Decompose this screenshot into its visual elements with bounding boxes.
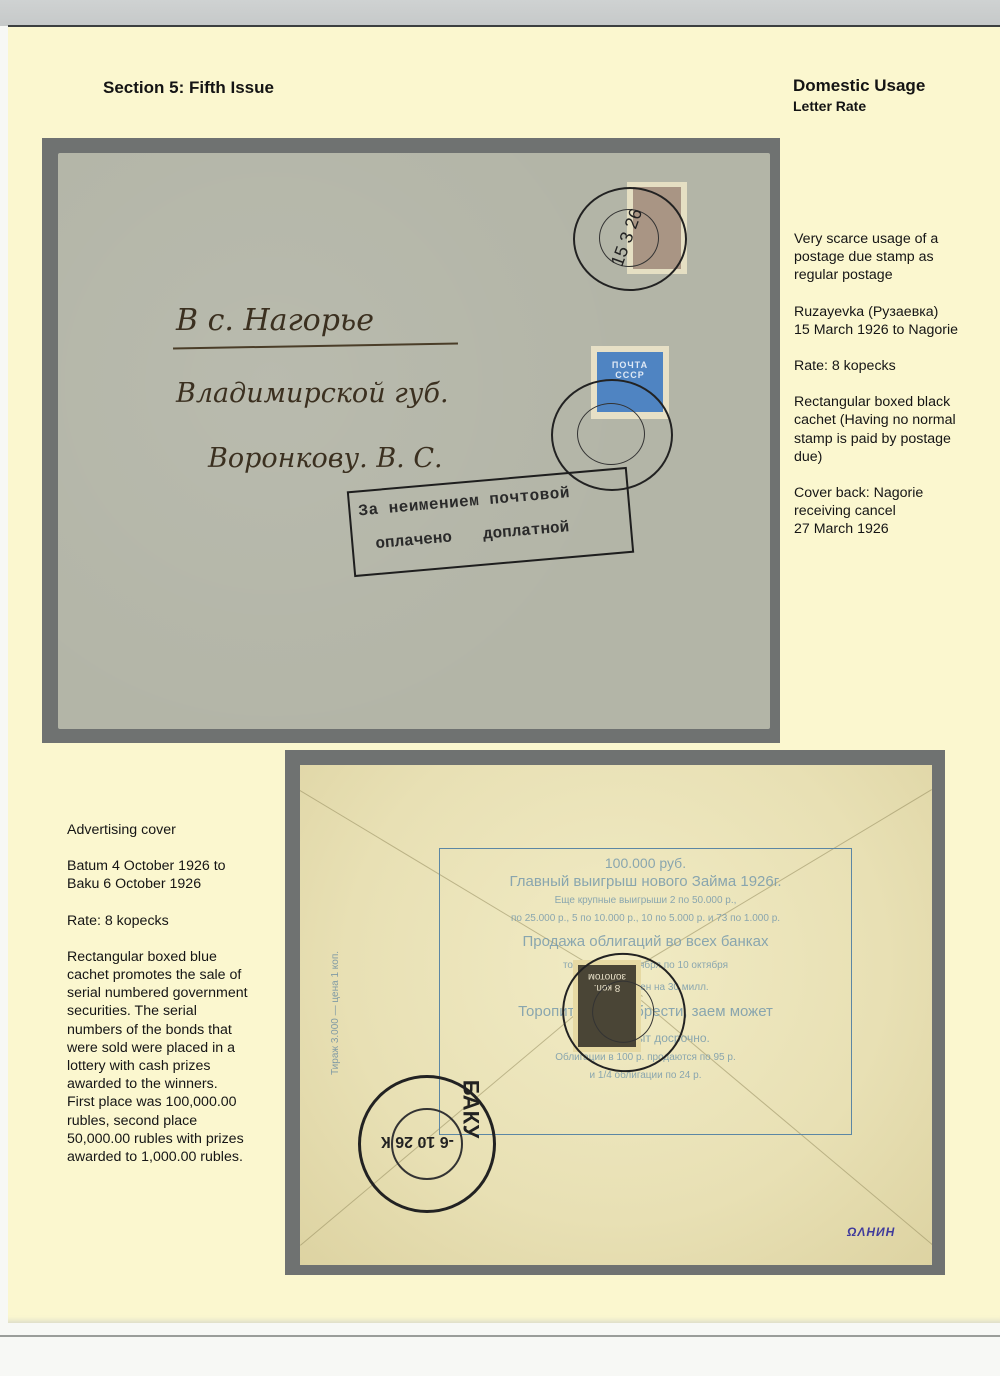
- blue-signature-stamp: ΩΛΗИΗ: [847, 1225, 895, 1239]
- boxed-black-cachet: За неимением почтовой оплачено доплатной: [347, 467, 634, 577]
- receiving-cancel-date: -6 10 26 К: [381, 1132, 454, 1150]
- address-underline: [173, 343, 458, 350]
- address-line-1: В с. Нагорье: [176, 303, 374, 338]
- page-bottom-edge: [0, 1335, 1000, 1337]
- usage-title: Domestic Usage: [793, 76, 925, 96]
- cover-side-text-left: Тираж 3.000 — цена 1 коп.: [330, 951, 341, 1075]
- section-title: Section 5: Fifth Issue: [103, 78, 274, 98]
- receiving-cancel-place: БАКУ: [457, 1080, 483, 1139]
- usage-subtitle: Letter Rate: [793, 98, 866, 114]
- back-cover-image: Тираж 3.000 — цена 1 коп. 100.000 руб. Г…: [300, 765, 932, 1265]
- scanner-top-edge: [0, 0, 1000, 26]
- origin-cancel-1: 15 3 26: [573, 187, 687, 291]
- address-line-3: Воронкову. В. С.: [208, 443, 443, 474]
- back-cover-description: Advertising cover Batum 4 October 1926 t…: [67, 821, 277, 1184]
- front-cover-image: 15 3 26 ПОЧТА СССР В с. Нагорье Владимир…: [58, 153, 770, 729]
- baku-receiving-cancel: -6 10 26 К БАКУ: [358, 1075, 496, 1213]
- address-line-2: Владимирской губ.: [176, 378, 449, 409]
- front-cover-description: Very scarce usage of a postage due stamp…: [794, 230, 994, 557]
